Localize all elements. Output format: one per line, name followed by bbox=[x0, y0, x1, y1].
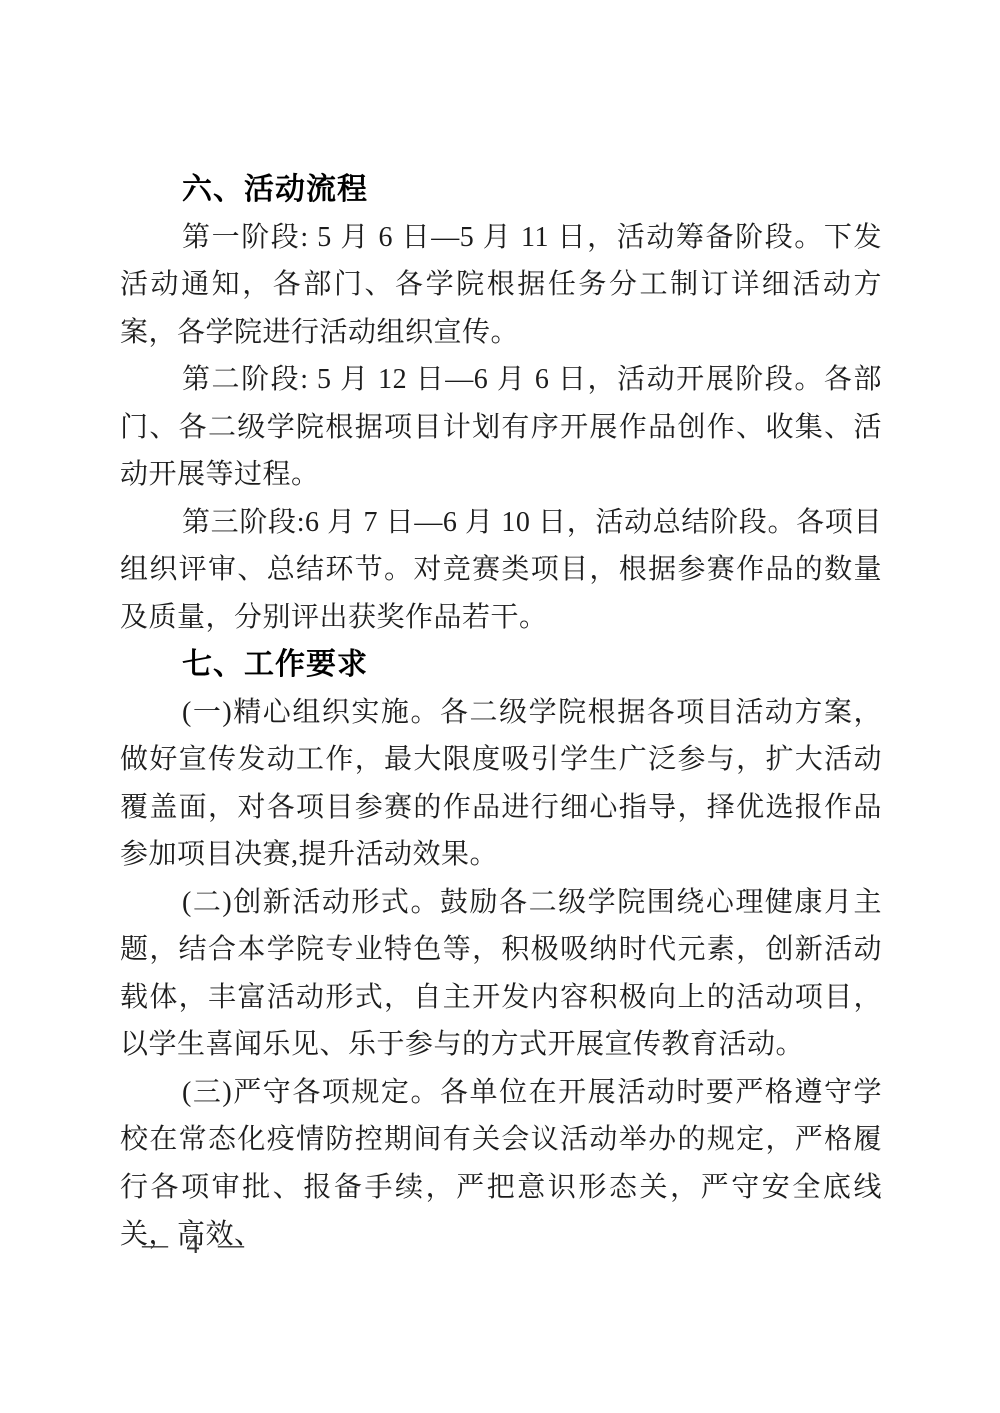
body-paragraph: 第三阶段:6 月 7 日—6 月 10 日，活动总结阶段。各项目组织评审、总结环… bbox=[120, 499, 882, 642]
section-heading: 六、活动流程 bbox=[120, 166, 882, 214]
body-paragraph: 第二阶段: 5 月 12 日—6 月 6 日，活动开展阶段。各部门、各二级学院根… bbox=[120, 356, 882, 499]
document-body: 六、活动流程第一阶段: 5 月 6 日—5 月 11 日，活动筹备阶段。下发活动… bbox=[120, 166, 882, 1259]
body-paragraph: 第一阶段: 5 月 6 日—5 月 11 日，活动筹备阶段。下发活动通知，各部门… bbox=[120, 214, 882, 357]
body-paragraph: (一)精心组织实施。各二级学院根据各项目活动方案，做好宣传发动工作，最大限度吸引… bbox=[120, 689, 882, 879]
section-heading: 七、工作要求 bbox=[120, 641, 882, 689]
page-number: — 4 — bbox=[142, 1230, 250, 1260]
body-paragraph: (二)创新活动形式。鼓励各二级学院围绕心理健康月主题，结合本学院专业特色等，积极… bbox=[120, 879, 882, 1069]
document-page: 六、活动流程第一阶段: 5 月 6 日—5 月 11 日，活动筹备阶段。下发活动… bbox=[0, 0, 1000, 1413]
